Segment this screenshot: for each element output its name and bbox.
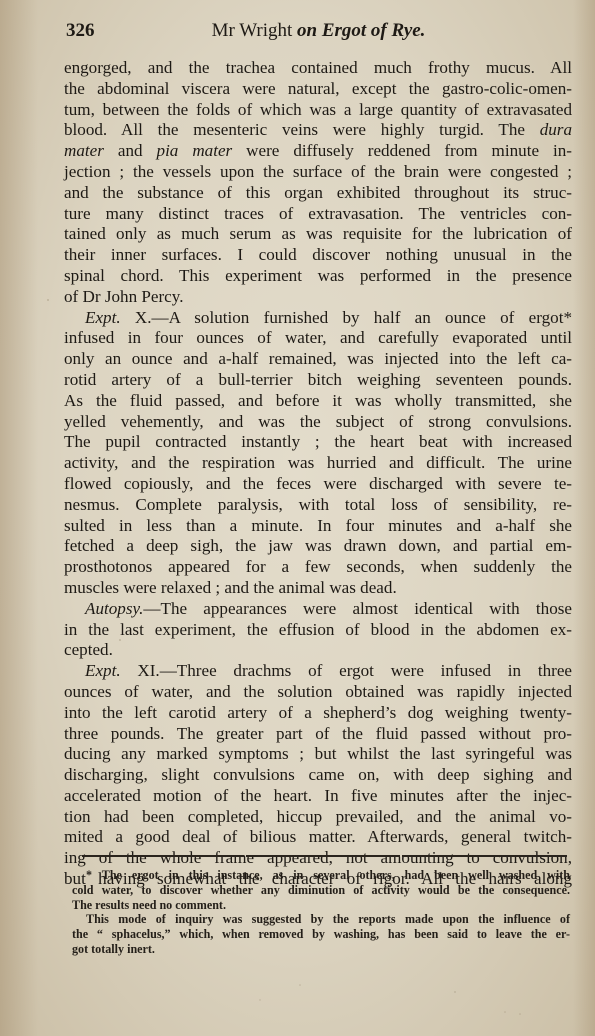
- footnotes: * The ergot in this instance, as in seve…: [72, 868, 570, 957]
- text-line: spinal chord. This experiment was perfor…: [64, 266, 572, 287]
- footnote-line: * The ergot in this instance, as in seve…: [72, 868, 570, 883]
- text-line: flowed copiously, and the feces were dis…: [64, 474, 572, 495]
- text-line: in the last experiment, the effusion of …: [64, 620, 572, 641]
- running-title-author: Mr Wright: [212, 20, 297, 41]
- italic-term: mater: [64, 141, 104, 160]
- text-line: muscles were relaxed ; and the animal wa…: [64, 578, 572, 599]
- text-line: tum, between the folds of which was a la…: [64, 100, 572, 121]
- text-line: sulted in less than a minute. In four mi…: [64, 516, 572, 537]
- text-line: mited a good deal of bilious matter. Aft…: [64, 827, 572, 848]
- text-line: nesmus. Complete paralysis, with total l…: [64, 495, 572, 516]
- footnote-rule: [246, 855, 400, 857]
- autopsy-heading-line: Autopsy.—The appearances were almost ide…: [64, 599, 572, 620]
- text-line: blood. All the mesenteric veins were hig…: [64, 120, 572, 141]
- italic-term: dura: [540, 120, 572, 139]
- text-segment: were diffusely reddened from minute in-: [232, 141, 572, 160]
- text-line: yelled vehemently, and was the subject o…: [64, 412, 572, 433]
- footnote-line: cold water, to discover whether any dimi…: [72, 883, 570, 898]
- experiment-heading-line: Expt. XI.—Three drachms of ergot were in…: [64, 661, 572, 682]
- text-line: fetched a deep sigh, the jaw was drawn d…: [64, 536, 572, 557]
- text-line: ing of the whole frame appeared, not amo…: [64, 848, 572, 869]
- text-line: discharging, slight convulsions came on,…: [64, 765, 572, 786]
- footnote-line: got totally inert.: [72, 942, 570, 957]
- text-line: the abdominal viscera were natural, exce…: [64, 79, 572, 100]
- text-segment: X.—A solution furnished by half an ounce…: [135, 308, 572, 327]
- footnote-line: The results need no comment.: [72, 898, 570, 913]
- text-line: of Dr John Percy.: [64, 287, 572, 308]
- page-edge-shadow-right: [573, 0, 595, 1036]
- book-page: 326 Mr Wright on Ergot of Rye. engorged,…: [0, 0, 595, 1036]
- text-line: As the fluid passed, and before it was w…: [64, 391, 572, 412]
- running-title-subject: on Ergot of Rye.: [297, 20, 425, 41]
- experiment-heading-line: Expt. X.—A solution furnished by half an…: [64, 308, 572, 329]
- italic-term: pia mater: [157, 141, 233, 160]
- text-line: engorged, and the trachea contained much…: [64, 58, 572, 79]
- footnote-rule: [82, 855, 244, 857]
- text-line: jection ; the vessels upon the surface o…: [64, 162, 572, 183]
- text-line: tained only as much serum as was requisi…: [64, 224, 572, 245]
- italic-term: Expt.: [85, 308, 121, 327]
- text-line: rotid artery of a bull-terrier bitch wei…: [64, 370, 572, 391]
- italic-term: Autopsy.: [85, 599, 143, 618]
- italic-term: Expt.: [85, 661, 121, 680]
- text-line: their inner surfaces. I could discover n…: [64, 245, 572, 266]
- text-line: into the left carotid artery of a shephe…: [64, 703, 572, 724]
- text-line: infused in four ounces of water, and car…: [64, 328, 572, 349]
- text-line: three pounds. The greater part of the fl…: [64, 724, 572, 745]
- text-line: only an ounce and a-half remained, was i…: [64, 349, 572, 370]
- text-line: ducing any marked symptoms ; but whilst …: [64, 744, 572, 765]
- text-line: ture many distinct traces of extravasati…: [64, 204, 572, 225]
- footnote-rule: [402, 855, 567, 857]
- text-line: The pupil contracted instantly ; the hea…: [64, 432, 572, 453]
- text-line: mater and pia mater were diffusely redde…: [64, 141, 572, 162]
- footnote-line: the “ sphacelus,” which, when removed by…: [72, 927, 570, 942]
- text-line: cepted.: [64, 640, 572, 661]
- text-line: activity, and the respiration was hurrie…: [64, 453, 572, 474]
- running-title: Mr Wright on Ergot of Rye.: [66, 20, 571, 42]
- text-segment: XI.—Three drachms of ergot were infused …: [137, 661, 572, 680]
- text-line: and the substance of this organ exhibite…: [64, 183, 572, 204]
- text-line: ounces of water, and the solution obtain…: [64, 682, 572, 703]
- text-line: accelerated motion of the heart. In five…: [64, 786, 572, 807]
- page-edge-shadow-left: [0, 0, 38, 1036]
- text-line: tion had been completed, hiccup prevaile…: [64, 807, 572, 828]
- text-segment: —The appearances were almost identical w…: [143, 599, 572, 618]
- running-header: 326 Mr Wright on Ergot of Rye.: [66, 20, 571, 44]
- body-text: engorged, and the trachea contained much…: [64, 58, 572, 890]
- text-segment: blood. All the mesenteric veins were hig…: [64, 120, 540, 139]
- text-line: prosthotonos appeared for a few seconds,…: [64, 557, 572, 578]
- footnote-line: This mode of inquiry was suggested by th…: [72, 912, 570, 927]
- text-segment: and: [118, 141, 157, 160]
